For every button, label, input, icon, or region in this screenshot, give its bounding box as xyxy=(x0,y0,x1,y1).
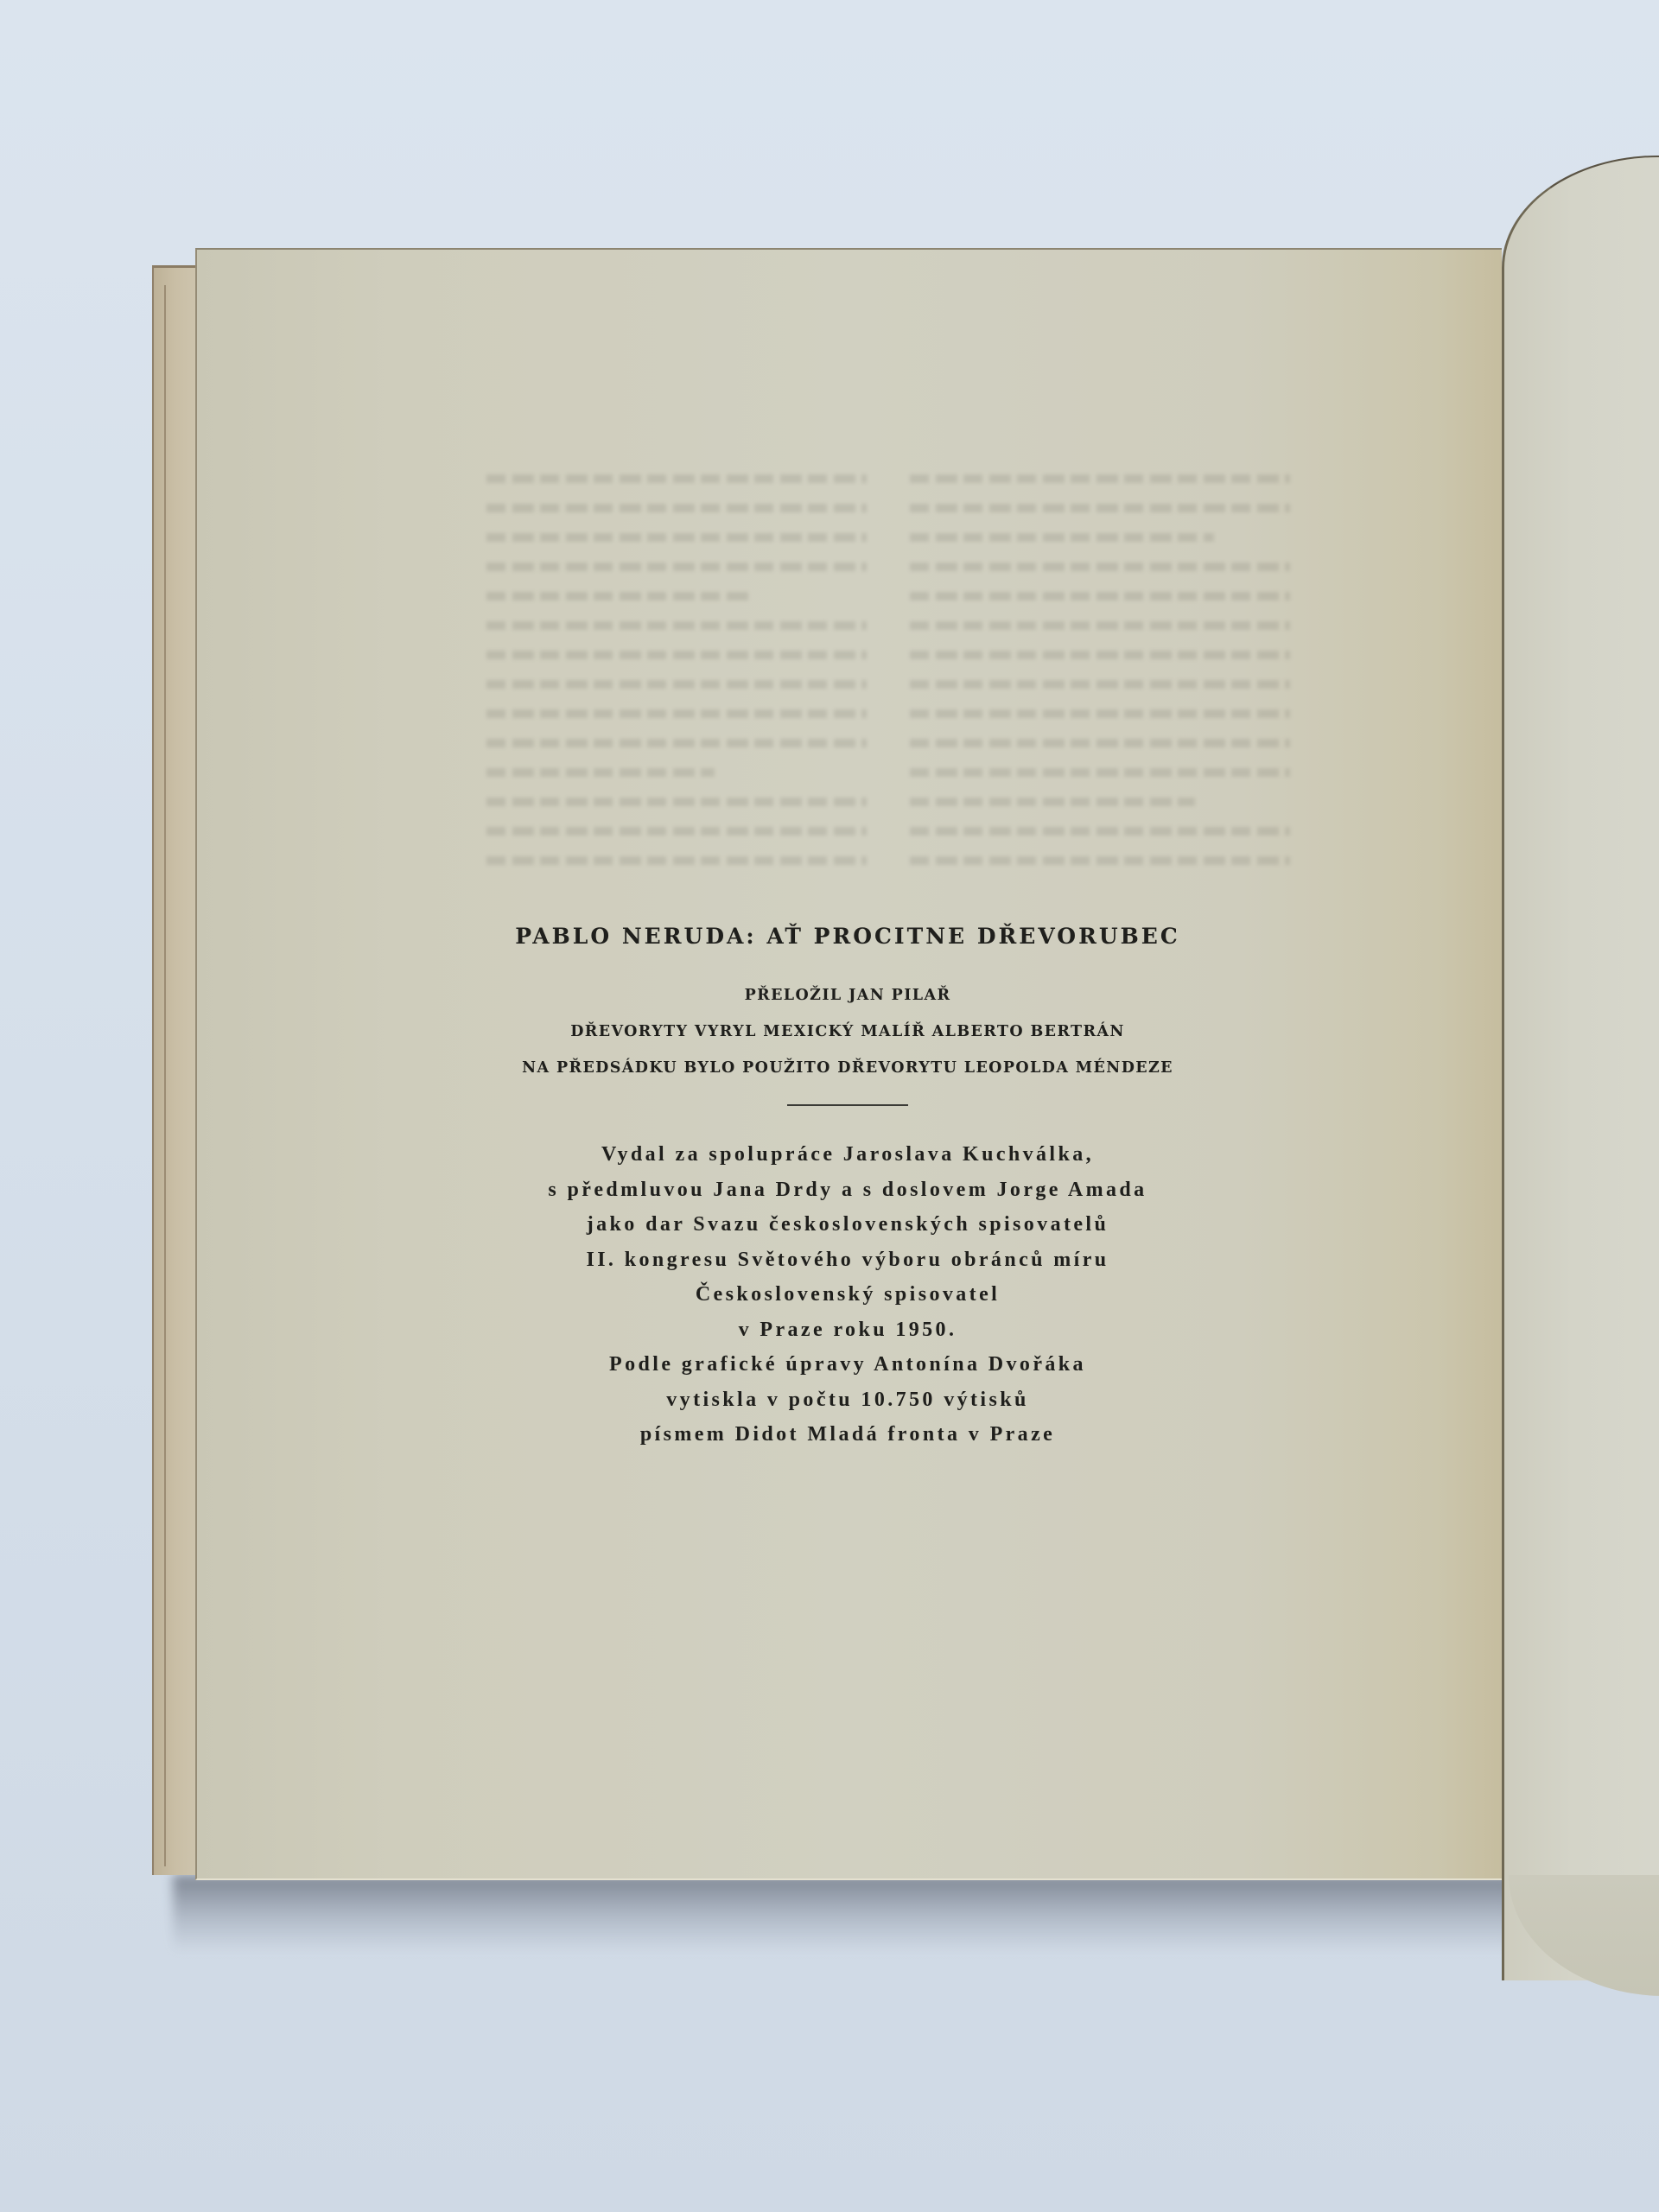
show-through-text xyxy=(486,474,1299,906)
show-through-column-left xyxy=(486,474,867,886)
credit-endpaper: NA PŘEDSÁDKU BYLO POUŽITO DŘEVORYTU LEOP… xyxy=(195,1058,1500,1078)
publication-line: II. kongresu Světového výboru obránců mí… xyxy=(195,1243,1500,1278)
publication-block: Vydal za spolupráce Jaroslava Kuchválka,… xyxy=(195,1137,1500,1452)
publication-line: Podle grafické úpravy Antonína Dvořáka xyxy=(195,1347,1500,1382)
publication-line: jako dar Svazu československých spisovat… xyxy=(195,1207,1500,1243)
divider-rule xyxy=(787,1104,908,1106)
credits-block: PŘELOŽIL JAN PILAŘ DŘEVORYTY VYRYL MEXIC… xyxy=(195,985,1500,1078)
publication-line: Československý spisovatel xyxy=(195,1277,1500,1313)
publication-line: s předmluvou Jana Drdy a s doslovem Jorg… xyxy=(195,1173,1500,1208)
publication-line: v Praze roku 1950. xyxy=(195,1313,1500,1348)
publication-line: Vydal za spolupráce Jaroslava Kuchválka, xyxy=(195,1137,1500,1173)
book-title: PABLO NERUDA: AŤ PROCITNE DŘEVORUBEC xyxy=(195,923,1500,950)
book-shadow xyxy=(173,1875,1512,1953)
credit-woodcuts: DŘEVORYTY VYRYL MEXICKÝ MALÍŘ ALBERTO BE… xyxy=(195,1021,1500,1042)
credit-translator: PŘELOŽIL JAN PILAŘ xyxy=(195,985,1500,1006)
publication-line: písmem Didot Mladá fronta v Praze xyxy=(195,1417,1500,1452)
show-through-column-right xyxy=(910,474,1290,886)
publication-line: vytiskla v počtu 10.750 výtisků xyxy=(195,1382,1500,1418)
right-page-curl xyxy=(1502,156,1659,1980)
colophon: PABLO NERUDA: AŤ PROCITNE DŘEVORUBEC PŘE… xyxy=(195,899,1500,1452)
page-stack-line xyxy=(164,285,166,1866)
